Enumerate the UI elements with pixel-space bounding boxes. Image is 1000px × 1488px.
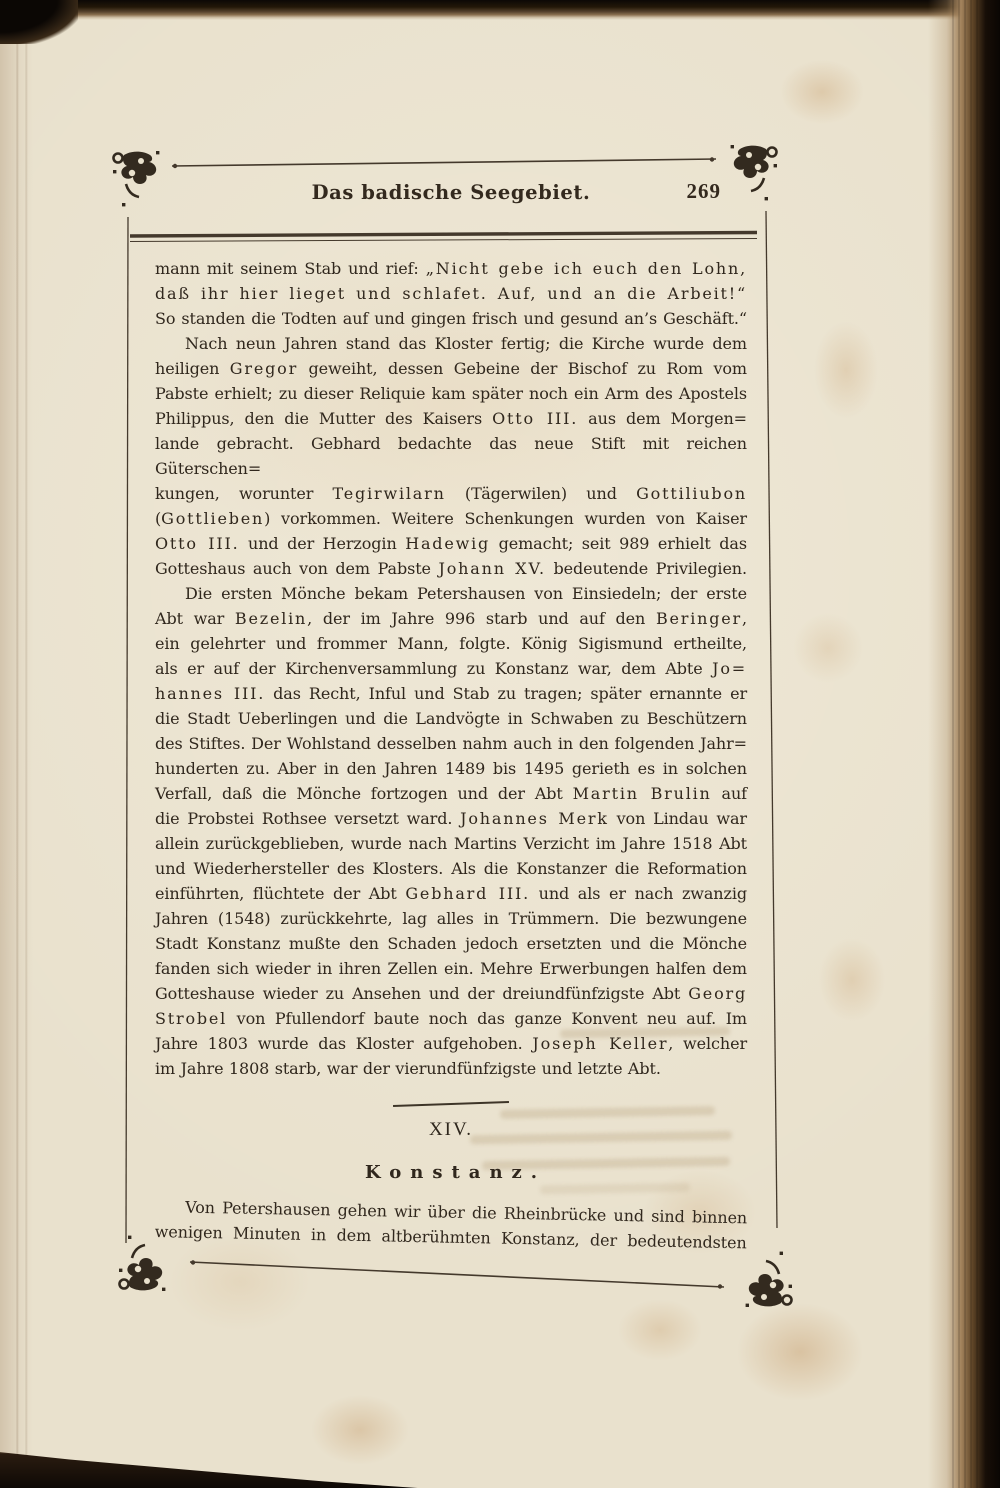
- paragraph: Die ersten Mönche bekam Petershausen von…: [155, 581, 747, 1081]
- corner-fleuron-bottom-right-icon: [735, 1246, 795, 1310]
- text-line: Strobel von Pfullendorf baute noch das g…: [155, 1006, 747, 1031]
- body-paragraphs: mann mit seinem Stab und rief: „Nicht ge…: [155, 256, 747, 1081]
- book-page-scan: Das badische Seegebiet. 269 mann mit sei…: [0, 0, 1000, 1488]
- running-header: Das badische Seegebiet. 269: [155, 181, 747, 209]
- section-title: Konstanz.: [155, 1162, 747, 1183]
- text-line: einführten, flüchtete der Abt Gebhard II…: [155, 881, 747, 906]
- text-line: Pabste erhielt; zu dieser Reliquie kam s…: [155, 381, 747, 406]
- text-line: Die ersten Mönche bekam Petershausen von…: [155, 581, 747, 606]
- running-header-title: Das badische Seegebiet.: [155, 181, 747, 204]
- text-line: heiligen Gregor geweiht, dessen Gebeine …: [155, 356, 747, 381]
- text-line: und Wiederhersteller des Klosters. Als d…: [155, 856, 747, 881]
- text-line: des Stiftes. Der Wohlstand desselben nah…: [155, 731, 747, 756]
- text-line: die Probstei Rothsee versetzt ward. Joha…: [155, 806, 747, 831]
- text-line: Jahren (1548) zurückkehrte, lag alles in…: [155, 906, 747, 931]
- text-line: im Jahre 1808 starb, war der vierundfünf…: [155, 1056, 747, 1081]
- text-line: daß ihr hier lieget und schlafet. Auf, u…: [155, 281, 747, 306]
- text-line: ein gelehrter und frommer Mann, folgte. …: [155, 631, 747, 656]
- text-line: lande gebracht. Gebhard bedachte das neu…: [155, 431, 747, 481]
- text-line: Abt war Bezelin, der im Jahre 996 starb …: [155, 606, 747, 631]
- section-number: XIV.: [155, 1119, 747, 1141]
- text-line: (Gottlieben) vorkommen. Weitere Schenkun…: [155, 506, 747, 531]
- paragraph: Nach neun Jahren stand das Kloster ferti…: [155, 331, 747, 581]
- section-divider-rule: [393, 1101, 509, 1107]
- text-line: Verfall, daß die Mönche fortzogen und de…: [155, 781, 747, 806]
- text-line: fanden sich wieder in ihren Zellen ein. …: [155, 956, 747, 981]
- paragraph: mann mit seinem Stab und rief: „Nicht ge…: [155, 256, 747, 331]
- text-line: hunderten zu. Aber in den Jahren 1489 bi…: [155, 756, 747, 781]
- text-line: als er auf der Kirchenversammlung zu Kon…: [155, 656, 747, 681]
- text-line: So standen die Todten auf und gingen fri…: [155, 306, 747, 331]
- text-line: Nach neun Jahren stand das Kloster ferti…: [155, 331, 747, 356]
- text-line: Gotteshause wieder zu Ansehen und der dr…: [155, 981, 747, 1006]
- text-block: mann mit seinem Stab und rief: „Nicht ge…: [155, 256, 747, 1244]
- text-line: Jahre 1803 wurde das Kloster aufgehoben.…: [155, 1031, 747, 1056]
- text-line: allein zurückgeblieben, wurde nach Marti…: [155, 831, 747, 856]
- text-line: Philippus, den die Mutter des Kaisers Ot…: [155, 406, 747, 431]
- page-left-edge-shading: [0, 0, 44, 1488]
- text-line: hannes III. das Recht, Inful und Stab zu…: [155, 681, 747, 706]
- book-edge-top-left: [0, 0, 78, 44]
- text-line: Otto III. und der Herzogin Hadewig gemac…: [155, 531, 747, 556]
- text-line: mann mit seinem Stab und rief: „Nicht ge…: [155, 256, 747, 281]
- book-edge-top: [0, 0, 1000, 20]
- text-line: Gotteshaus auch von dem Pabste Johann XV…: [155, 556, 747, 581]
- text-line: die Stadt Ueberlingen und die Landvögte …: [155, 706, 747, 731]
- text-line: Stadt Konstanz mußte den Schaden jedoch …: [155, 931, 747, 956]
- book-edge-right: [928, 0, 1000, 1488]
- page-number: 269: [687, 179, 722, 204]
- text-line: kungen, worunter Tegirwilarn (Tägerwilen…: [155, 481, 747, 506]
